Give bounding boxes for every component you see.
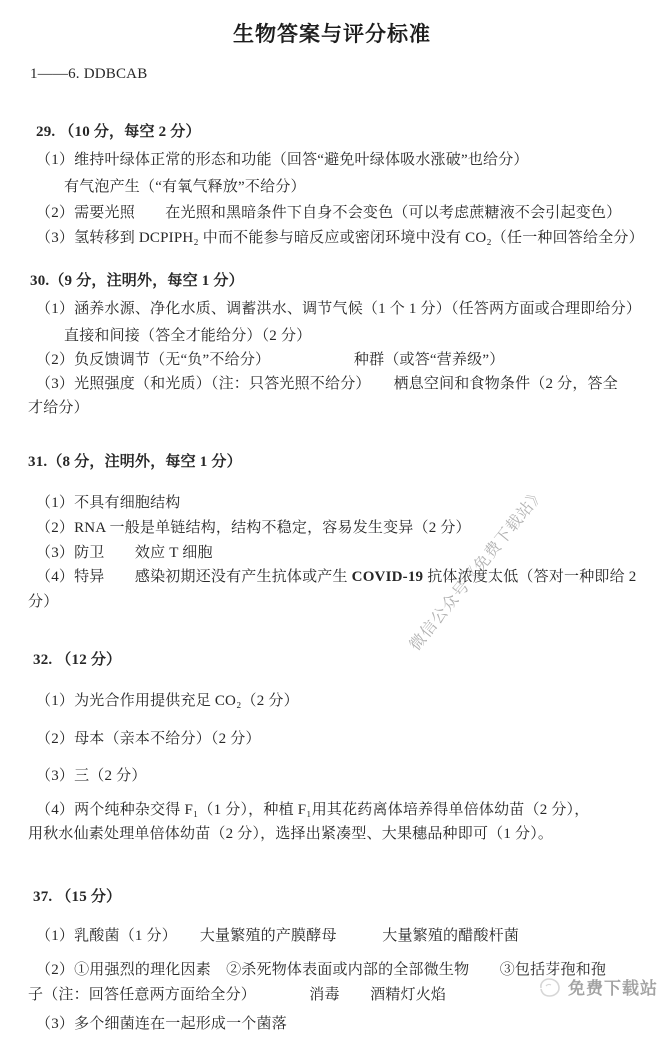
q37-item-2: （2）①用强烈的理化因素 ②杀死物体表面或内部的全部微生物 ③包括芽孢和孢 (36, 960, 606, 980)
q31-item-4-cont: 分） (28, 592, 58, 612)
q37-header: 37. （15 分） (33, 887, 121, 907)
q30-item-2: （2）负反馈调节（无“负”不给分） 种群（或答“营养级”） (36, 350, 504, 370)
q31-item-4-text: （4）特异 感染初期还没有产生抗体或产生 (36, 569, 352, 585)
q32-item-1: （1）为光合作用提供充足 CO₂（2 分） (36, 691, 299, 711)
q37-item-2-cont: 子（注：回答任意两方面给全分） 消毒 酒精灯火焰 (28, 985, 446, 1005)
q37-item-3: （3）多个细菌连在一起形成一个菌落 (36, 1014, 287, 1034)
page-title: 生物答案与评分标准 (0, 18, 664, 48)
q32-item-4: （4）两个纯种杂交得 F₁（1 分），种植 F₁用其花药离体培养得单倍体幼苗（2… (36, 800, 589, 820)
q32-item-2: （2）母本（亲本不给分）（2 分） (36, 729, 261, 749)
q30-header: 30.（9 分，注明外，每空 1 分） (30, 271, 244, 291)
q31-item-1: （1）不具有细胞结构 (36, 493, 181, 513)
q29-item-2: （2）需要光照 在光照和黑暗条件下自身不会变色（可以考虑蔗糖液不会引起变色） (36, 203, 621, 223)
q30-item-1-cont: 直接和间接（答全才能给分）（2 分） (64, 326, 311, 346)
q31-item-2: （2）RNA 一般是单链结构，结构不稳定，容易发生变异（2 分） (36, 518, 471, 538)
q32-item-3: （3）三（2 分） (36, 766, 147, 786)
q31-header: 31.（8 分，注明外，每空 1 分） (28, 452, 242, 472)
q29-header: 29. （10 分，每空 2 分） (36, 122, 201, 142)
q37-item-1: （1）乳酸菌（1 分） 大量繁殖的产膜酵母 大量繁殖的醋酸杆菌 (36, 926, 519, 946)
q30-item-3: （3）光照强度（和光质）（注：只答光照不给分） 栖息空间和食物条件（2 分，答全 (36, 374, 618, 394)
q32-item-4-cont: 用秋水仙素处理单倍体幼苗（2 分），选择出紧凑型、大果穗品种即可（1 分）。 (28, 824, 553, 844)
q32-header: 32. （12 分） (33, 650, 121, 670)
answer-sheet-page: 生物答案与评分标准 1——6. DDBCAB 29. （10 分，每空 2 分）… (0, 0, 664, 1040)
covid19-label: COVID-19 (352, 569, 424, 585)
q29-item-1: （1）维持叶绿体正常的形态和功能（回答“避免叶绿体吸水涨破”也给分） (36, 150, 529, 170)
download-site-logo-icon (538, 975, 562, 999)
q29-item-3: （3）氢转移到 DCPIPH₂ 中而不能参与暗反应或密闭环境中没有 CO₂（任一… (36, 228, 644, 248)
q30-item-3-cont: 才给分） (28, 398, 89, 418)
q31-item-3: （3）防卫 效应 T 细胞 (36, 543, 213, 563)
choice-answers: 1——6. DDBCAB (30, 64, 147, 84)
q31-item-4: （4）特异 感染初期还没有产生抗体或产生 COVID-19 抗体浓度太低（答对一… (36, 567, 636, 587)
q30-item-1: （1）涵养水源、净化水质、调蓄洪水、调节气候（1 个 1 分）（任答两方面或合理… (36, 299, 641, 319)
footer-watermark-text: 免费下载站 (568, 974, 658, 999)
q29-item-1-cont: 有气泡产生（“有氧气释放”不给分） (64, 177, 306, 197)
footer-watermark: 免费下载站 (538, 974, 658, 999)
